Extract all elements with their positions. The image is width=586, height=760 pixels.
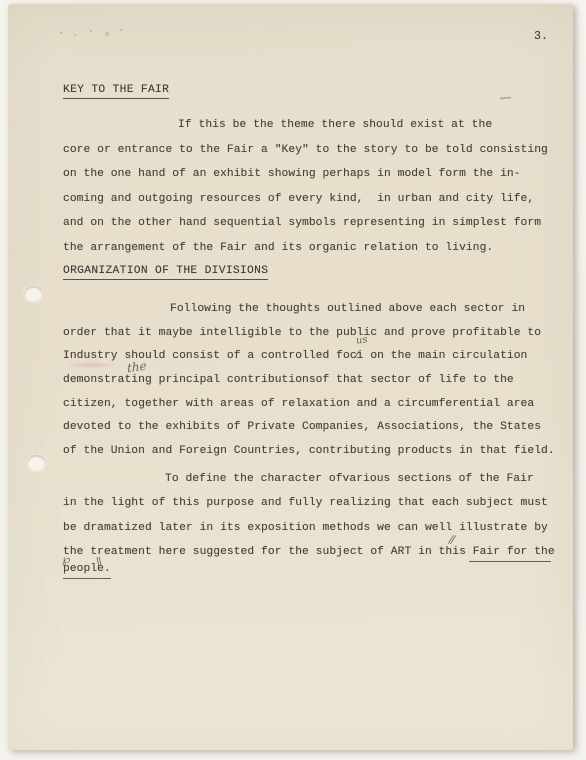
text-line: Following the thoughts outlined above ea… [63, 298, 555, 322]
handwritten-inserted-the: the [127, 359, 147, 376]
red-smudge [64, 361, 118, 369]
text-line: If this be the theme there should exist … [63, 113, 548, 138]
text-line: in the light of this purpose and fully r… [63, 491, 555, 515]
text-line: the arrangement of the Fair and its orga… [63, 236, 548, 261]
punch-hole-top [24, 286, 43, 302]
pencil-dash [500, 97, 511, 99]
typed-underline-fair-for-the [469, 561, 551, 562]
text-line: of the Union and Foreign Countries, cont… [63, 440, 555, 464]
handwritten-capital-p-mark: ℘ [62, 552, 70, 566]
pencil-smudge [60, 32, 62, 34]
text-line: order that it maybe intelligible to the … [63, 322, 555, 346]
paragraph-organization-1: Following the thoughts outlined above ea… [63, 298, 555, 464]
handwritten-closing-quote-mark: \\ [96, 555, 101, 568]
scanned-document: 3. KEY TO THE FAIR If this be the theme … [0, 0, 586, 760]
paragraph-key-to-the-fair: If this be the theme there should exist … [63, 113, 548, 261]
text-line: and on the other hand sequential symbols… [63, 211, 548, 236]
text-line: To define the character ofvarious sectio… [63, 467, 555, 491]
section-heading-organization-of-the-divisions: ORGANIZATION OF THE DIVISIONS [63, 265, 268, 280]
text-line: citizen, together with areas of relaxati… [63, 393, 555, 417]
punch-hole-bottom [27, 455, 46, 471]
handwritten-focus-suffix: us [355, 334, 368, 346]
page-number: 3. [534, 30, 548, 43]
text-line: coming and outgoing resources of every k… [63, 187, 548, 212]
text-line: core or entrance to the Fair a "Key" to … [63, 138, 548, 163]
text-line: devoted to the exhibits of Private Compa… [63, 416, 555, 440]
document-page: 3. KEY TO THE FAIR If this be the theme … [8, 4, 573, 750]
typed-underline-people [63, 578, 111, 579]
paragraph-organization-2: To define the character ofvarious sectio… [63, 467, 555, 581]
text-line: on the one hand of an exhibit showing pe… [63, 162, 548, 187]
text-line: be dramatized later in its exposition me… [63, 516, 555, 540]
section-heading-key-to-the-fair: KEY TO THE FAIR [63, 84, 169, 99]
